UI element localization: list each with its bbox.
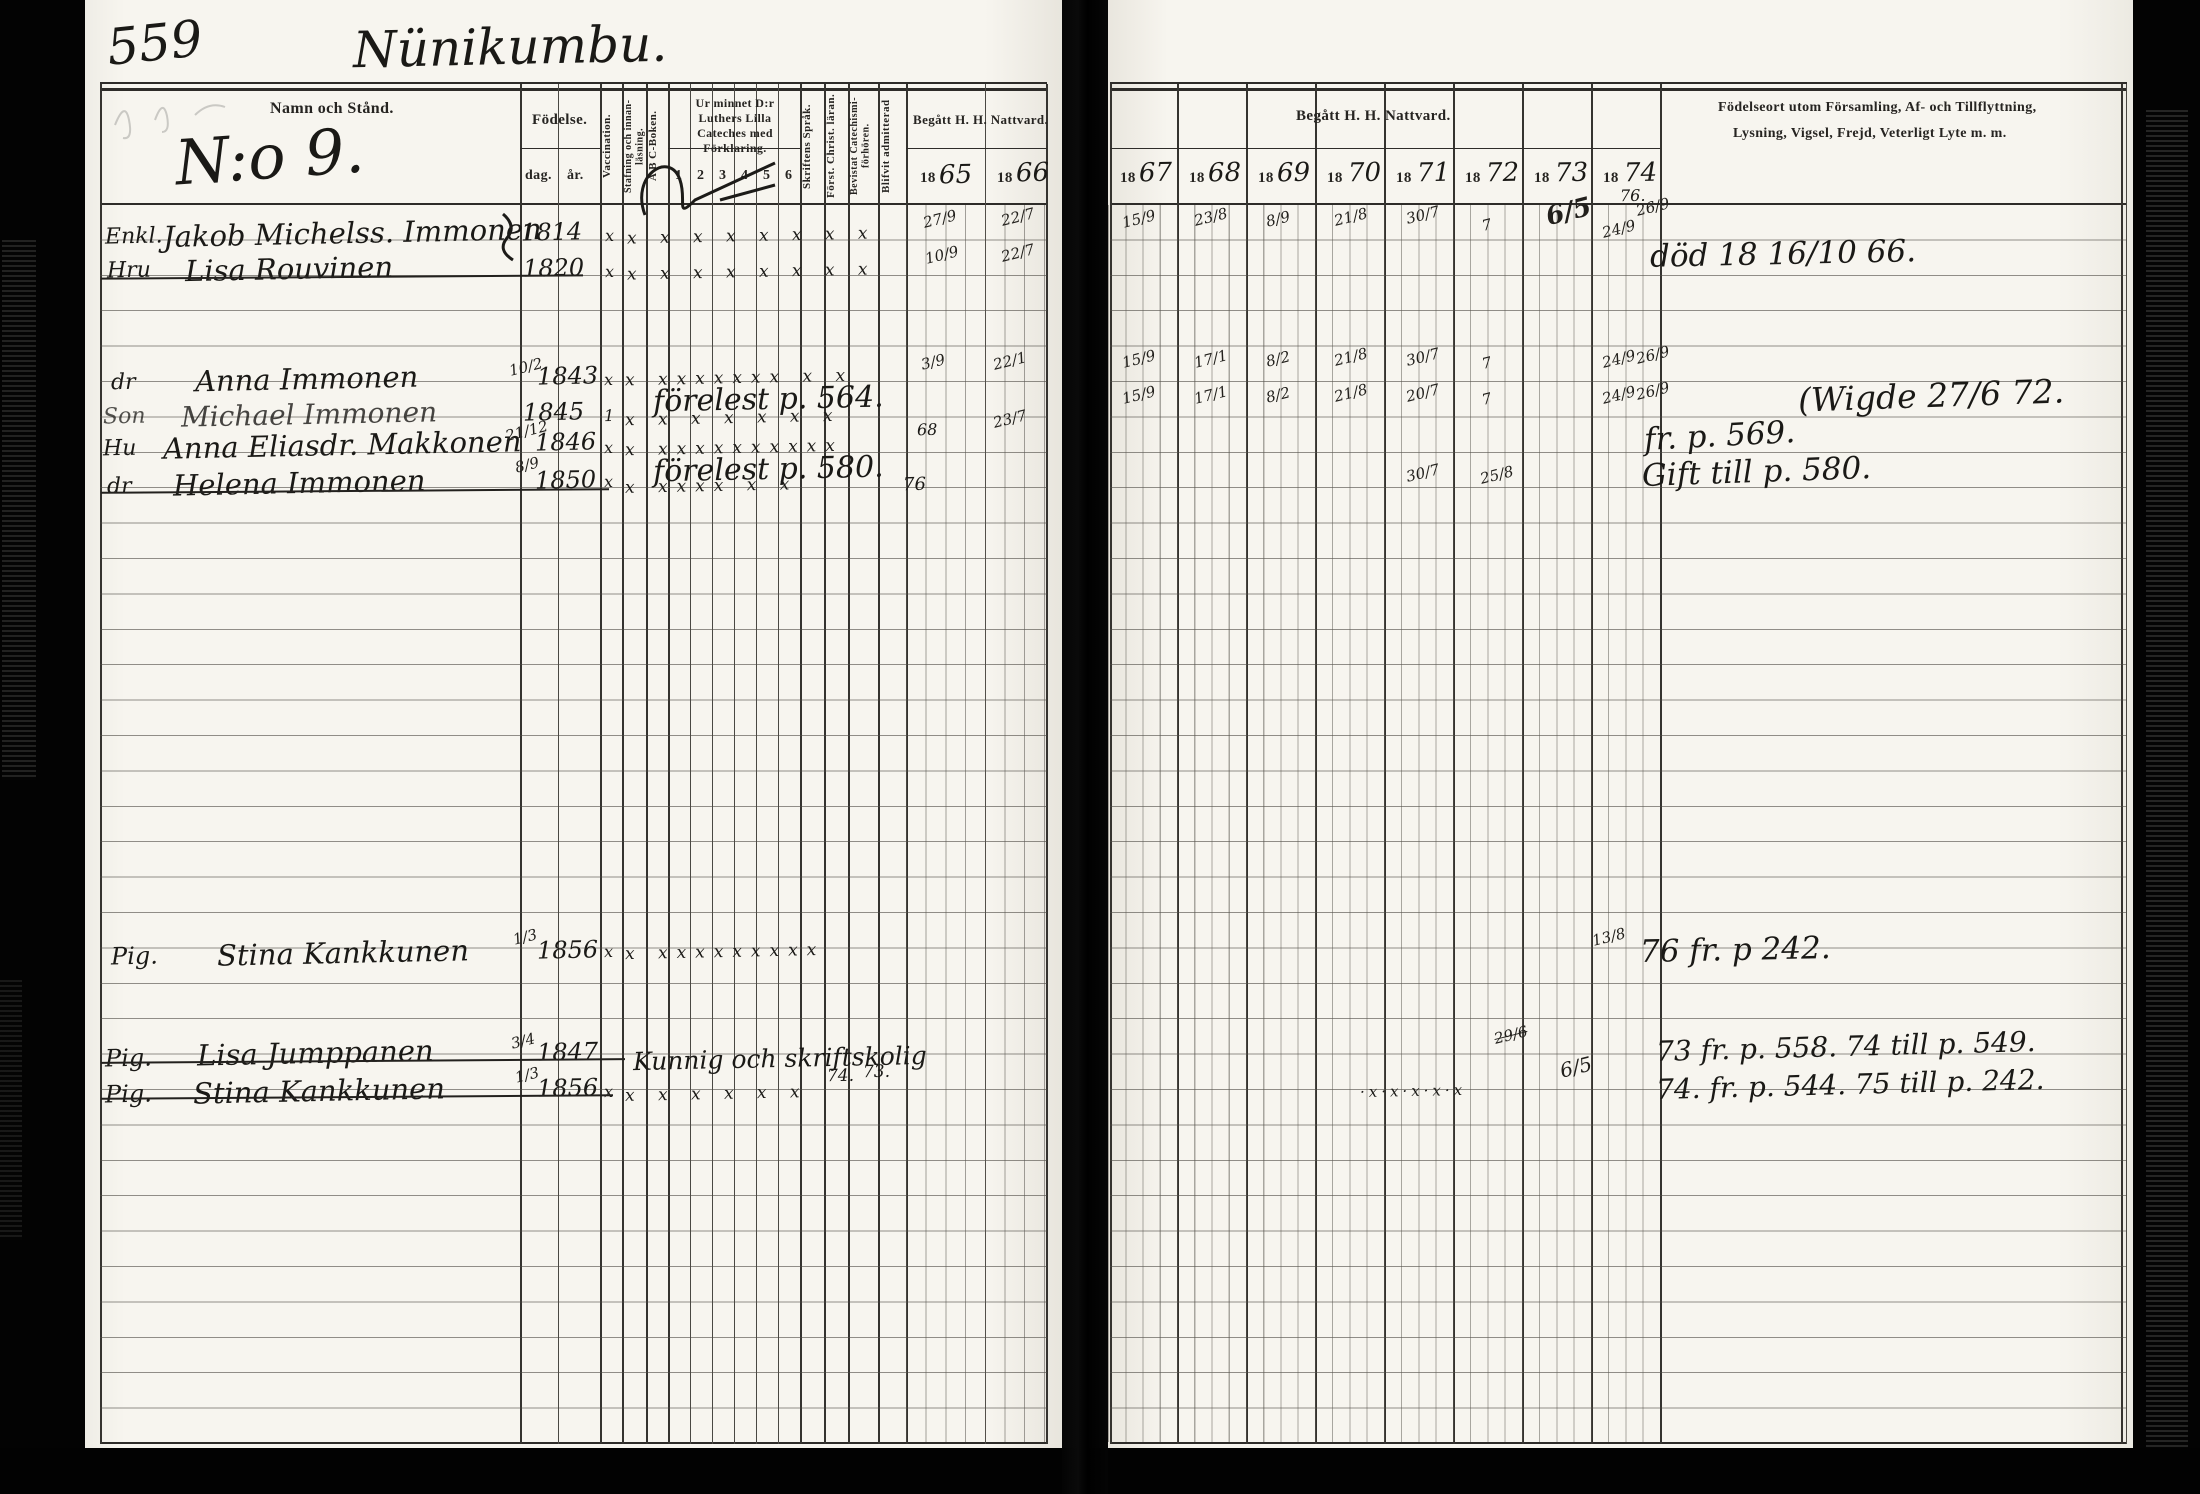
year-prefix-1867: 18	[1120, 170, 1136, 187]
year-prefix-1869: 18	[1258, 170, 1274, 187]
year-prefix-1871: 18	[1396, 170, 1412, 187]
col-header-nattvard-left: Begått H. H. Nattvard.	[913, 112, 1048, 128]
pen-flourish	[625, 145, 785, 235]
household-number: N:o 9.	[173, 113, 367, 199]
row-birth-year: 1814	[521, 217, 583, 246]
row-catechism-marks: x xxxx x x	[625, 474, 799, 498]
row-birth-year: 1820	[523, 253, 585, 282]
table-top-border	[1110, 82, 2127, 84]
row-name: Anna Immonen	[195, 360, 419, 399]
col-header-fodelseort-line2: Lysning, Vigsel, Frejd, Veterligt Lyte m…	[1733, 126, 2007, 142]
row-birth-year: 1846	[535, 427, 597, 456]
year-prefix-1868: 18	[1189, 170, 1205, 187]
luther-col-6: 6	[785, 168, 792, 184]
left-page: 559 Nünikumbu.	[85, 0, 1062, 1448]
row-vaccination-mark: x	[605, 262, 614, 281]
row-prefix: dr	[111, 370, 136, 396]
header-subline	[520, 148, 600, 149]
col-header-forst: Först. Christ. läran.	[825, 92, 847, 200]
year-subcolumns	[1108, 205, 1660, 1442]
table-bottom-border	[100, 1442, 1047, 1444]
row-prefix: Pig.	[105, 1080, 152, 1109]
col-header-vaccination: Vaccination.	[601, 92, 621, 200]
table-top-border	[100, 88, 1047, 91]
page-number: 559	[104, 9, 205, 77]
table-bottom-border	[1110, 1442, 2127, 1444]
col-header-blifvit: Blifvit admitterad	[880, 92, 904, 200]
row-prefix: dr	[107, 474, 132, 500]
row-vaccination-mark: x	[605, 226, 614, 245]
table-top-border2	[1110, 88, 2127, 91]
row-prefix: Son	[103, 404, 146, 430]
title-underline	[100, 82, 1047, 84]
row-vaccination-mark: x	[604, 438, 613, 457]
row-vaccination-mark: x	[604, 942, 613, 961]
row-birth-year: 1856	[537, 935, 599, 964]
year-suffix-1871: 71	[1417, 158, 1451, 189]
row-name: Lisa Rouvinen	[185, 250, 394, 288]
row-name: Stina Kankkunen	[193, 1071, 446, 1110]
row-birth-year: 1843	[537, 361, 599, 390]
row-vaccination-mark: x	[604, 370, 613, 389]
annotation-from-page-242: 76 fr. p 242.	[1640, 930, 1831, 970]
year-1865-suffix: 65	[939, 160, 973, 191]
year-suffix-1874: 74	[1624, 158, 1658, 189]
right-page: Begått H. H. Nattvard. 18 67 18 68 18 69…	[1108, 0, 2133, 1448]
year-prefix-1874: 18	[1603, 170, 1619, 187]
year-suffix-1869: 69	[1277, 158, 1311, 189]
communion-note: 76.	[1620, 186, 1646, 206]
row-school-note-year: 74.	[827, 1066, 854, 1087]
scan-texture-left	[2, 240, 36, 780]
scan-texture-left-2	[0, 980, 22, 1240]
row-name: Helena Immonen	[173, 463, 426, 502]
col-header-ar: år.	[567, 168, 584, 184]
year-1866-suffix: 66	[1016, 158, 1050, 189]
row-name: Stina Kankkunen	[217, 933, 470, 972]
row-confirmation-note: förelest p. 564.	[653, 380, 884, 420]
annotation-death: död 18 16/10 66.	[1650, 233, 1917, 275]
row-school-note-year2: 73.	[863, 1062, 890, 1083]
year-1865-prefix: 18	[920, 170, 936, 187]
book-spine	[1062, 0, 1108, 1494]
place-title-handwritten: Nünikumbu.	[352, 15, 667, 80]
col-header-bevistat: Bevistat Catechismi-förhören.	[849, 92, 877, 200]
year-prefix-1870: 18	[1327, 170, 1343, 187]
row-catechism-marks: x xxxxxxxxx	[625, 940, 826, 964]
year-suffix-1873: 73	[1555, 158, 1589, 189]
row-vaccination-mark: 1	[604, 406, 615, 425]
row-admitted-extra: 76	[903, 474, 926, 495]
col-header-nattvard-right: Begått H. H. Nattvard.	[1296, 108, 1451, 125]
pen-flourish-row1	[483, 212, 523, 262]
nattvard-subcolumns	[906, 205, 1047, 1442]
year-1866-prefix: 18	[997, 170, 1013, 187]
communion-dotted-trail: ·x·x·x·x·x	[1360, 1081, 1466, 1101]
scanned-parish-register: 559 Nünikumbu.	[0, 0, 2200, 1494]
col-header-fodelseort-line1: Födelseort utom Församling, Af- och Till…	[1718, 100, 2037, 116]
row-name: Lisa Jumppanen	[197, 1034, 434, 1073]
header-subline	[906, 148, 1047, 149]
col-header-fodelse: Födelse.	[532, 112, 587, 129]
year-suffix-1870: 70	[1348, 158, 1382, 189]
row-catechism-marks: x x x x x x	[625, 1082, 809, 1106]
row-admitted-1865: 68	[917, 420, 938, 439]
row-prefix: Hu	[103, 436, 137, 462]
row-prefix: Pig.	[105, 1044, 152, 1073]
col-header-dag: dag.	[525, 168, 552, 184]
row-birth-year: 1847	[537, 1037, 599, 1066]
year-prefix-1873: 18	[1534, 170, 1550, 187]
col-header-skriftens: Skriftens Språk.	[801, 92, 823, 200]
scan-texture-right	[2146, 110, 2188, 1460]
row-prefix: Enkl.	[105, 223, 163, 249]
year-suffix-1872: 72	[1486, 158, 1520, 189]
row-prefix: Pig.	[111, 942, 158, 971]
row-birth-year: 1856	[537, 1073, 599, 1102]
year-suffix-1867: 67	[1139, 158, 1173, 189]
row-vaccination-mark: x	[604, 1082, 613, 1101]
year-suffix-1868: 68	[1208, 158, 1242, 189]
year-prefix-1872: 18	[1465, 170, 1481, 187]
header-subline	[1110, 148, 1660, 149]
